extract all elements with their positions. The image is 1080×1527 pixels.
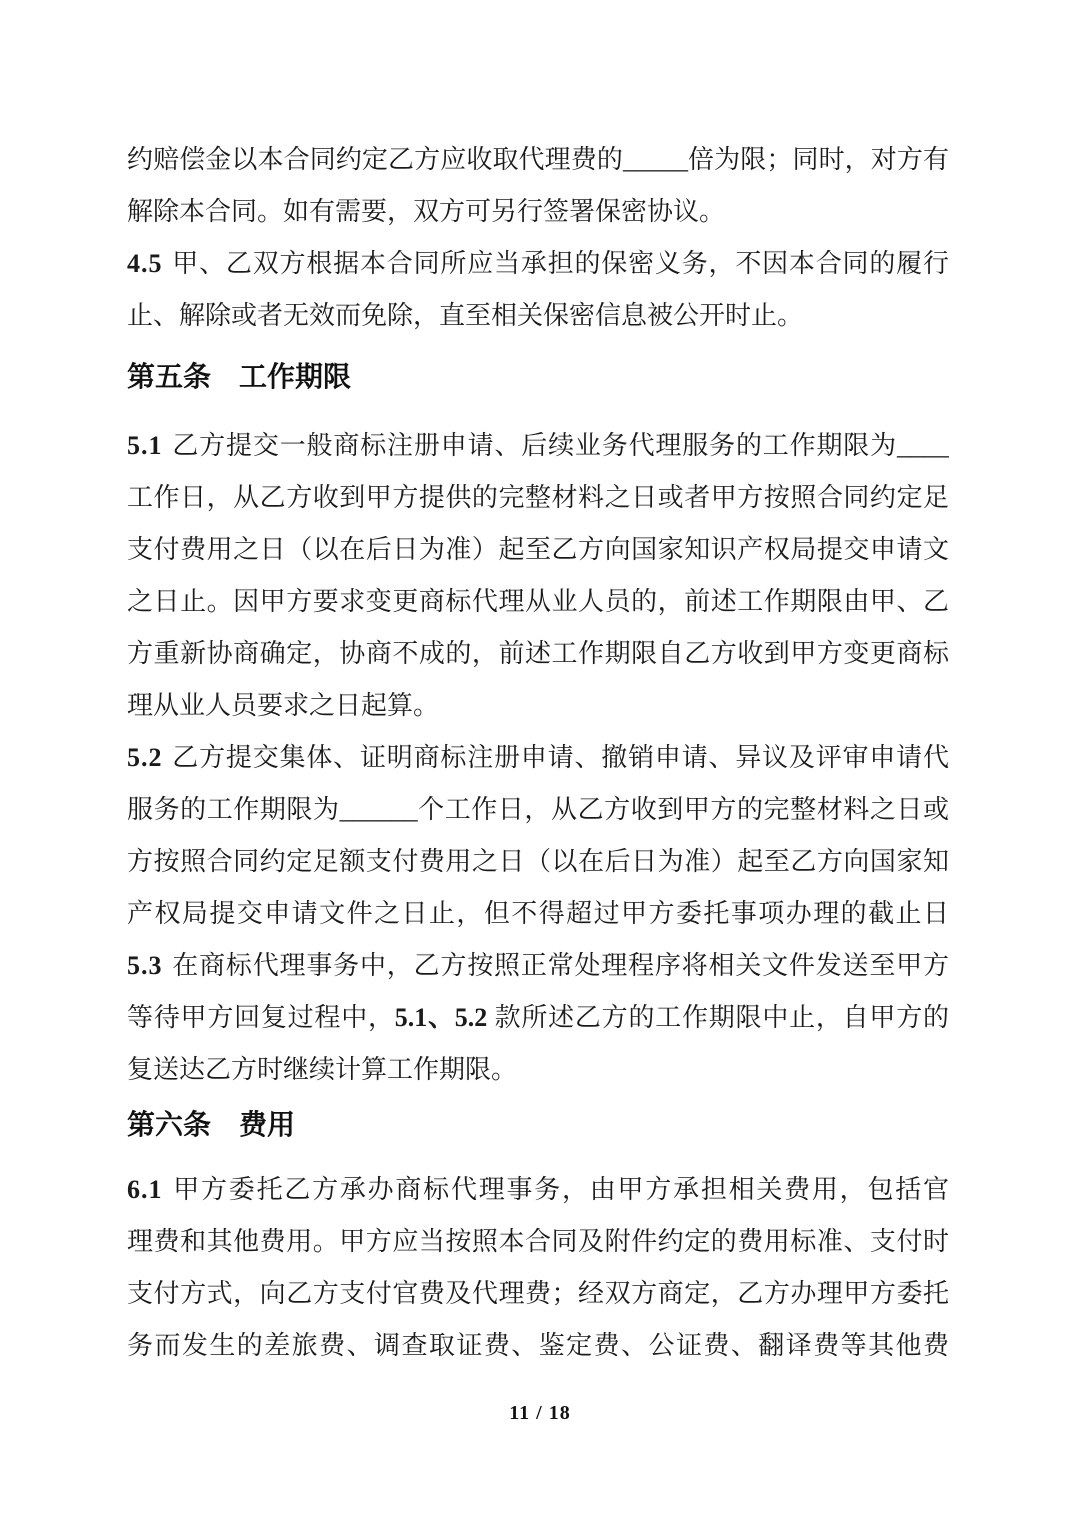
document-line: 方按照合同约定足额支付费用之日（以在后日为准）起至乙方向国家知识 [127,836,949,888]
section-heading: 第六条费用 [127,1100,949,1152]
document-line: 理从业人员要求之日起算。 [127,680,949,732]
document-line: 服务的工作期限为______个工作日，从乙方收到甲方的完整材料之日或者甲 [127,784,949,836]
line-text: 乙方提交一般商标注册申请、后续业务代理服务的工作期限为____ 个 [127,431,949,472]
line-text: 复送达乙方时继续计算工作期限。 [127,1055,517,1084]
document-line: 理费和其他费用。甲方应当按照本合同及附件约定的费用标准、支付时限、 [127,1216,949,1268]
line-text: 支付方式，向乙方支付官费及代理费；经双方商定，乙方办理甲方委托事 [127,1279,949,1320]
line-text: 约赔偿金以本合同约定乙方应收取代理费的_____倍为限；同时，对方有权 [127,145,949,186]
clause-number: 6.1 [127,1175,163,1204]
page-number: 11 / 18 [509,1402,570,1424]
document-line: 支付费用之日（以在后日为准）起至乙方向国家知识产权局提交申请文件 [127,524,949,576]
section-heading: 第五条工作期限 [127,352,949,404]
document-line: 工作日，从乙方收到甲方提供的完整材料之日或者甲方按照合同约定足额 [127,472,949,524]
line-text: 等待甲方回复过程中， [127,1003,395,1032]
inline-clause-reference: 5.1、5.2 [395,1003,488,1032]
section-number: 第六条 [127,1110,211,1141]
document-line: 5.2乙方提交集体、证明商标注册申请、撤销申请、异议及评审申请代理 [127,732,949,784]
document-line: 等待甲方回复过程中，5.1、5.2 款所述乙方的工作期限中止，自甲方的回 [127,992,949,1044]
document-line: 方重新协商确定，协商不成的，前述工作期限自乙方收到甲方变更商标代 [127,628,949,680]
document-line: 约赔偿金以本合同约定乙方应收取代理费的_____倍为限；同时，对方有权 [127,134,949,186]
line-text: 乙方提交集体、证明商标注册申请、撤销申请、异议及评审申请代理 [127,743,949,784]
document-line: 务而发生的差旅费、调查取证费、鉴定费、公证费、翻译费等其他费用， [127,1320,949,1372]
line-text: 在商标代理事务中，乙方按照正常处理程序将相关文件发送至甲方并 [127,951,949,992]
section-title: 工作期限 [239,362,351,393]
line-text: 理费和其他费用。甲方应当按照本合同及附件约定的费用标准、支付时限、 [127,1227,949,1268]
document-line: 4.5甲、乙双方根据本合同所应当承担的保密义务，不因本合同的履行终 [127,238,949,290]
line-text: 方按照合同约定足额支付费用之日（以在后日为准）起至乙方向国家知识 [127,847,949,888]
document-body: 约赔偿金以本合同约定乙方应收取代理费的_____倍为限；同时，对方有权 解除本合… [127,134,949,1372]
document-line: 6.1甲方委托乙方承办商标代理事务，由甲方承担相关费用，包括官费、代 [127,1164,949,1216]
line-text: 之日止。因甲方要求变更商标代理从业人员的，前述工作期限由甲、乙双 [127,587,949,628]
line-text: 务而发生的差旅费、调查取证费、鉴定费、公证费、翻译费等其他费用， [127,1331,949,1372]
document-line: 支付方式，向乙方支付官费及代理费；经双方商定，乙方办理甲方委托事 [127,1268,949,1320]
line-text: 服务的工作期限为______个工作日，从乙方收到甲方的完整材料之日或者甲 [127,795,949,836]
document-line: 止、解除或者无效而免除，直至相关保密信息被公开时止。 [127,290,949,342]
section-title: 费用 [239,1110,295,1141]
clause-number: 5.3 [127,951,163,980]
contract-page: 约赔偿金以本合同约定乙方应收取代理费的_____倍为限；同时，对方有权 解除本合… [0,0,1080,1527]
line-text: 理从业人员要求之日起算。 [127,691,439,720]
clause-number: 4.5 [127,249,163,278]
line-text: 甲、乙双方根据本合同所应当承担的保密义务，不因本合同的履行终 [127,249,949,290]
document-line: 解除本合同。如有需要，双方可另行签署保密协议。 [127,186,949,238]
line-text: 工作日，从乙方收到甲方提供的完整材料之日或者甲方按照合同约定足额 [127,483,949,524]
document-line: 复送达乙方时继续计算工作期限。 [127,1044,949,1096]
line-text: 支付费用之日（以在后日为准）起至乙方向国家知识产权局提交申请文件 [127,535,949,576]
line-text: 解除本合同。如有需要，双方可另行签署保密协议。 [127,197,725,226]
section-number: 第五条 [127,362,211,393]
document-line: 之日止。因甲方要求变更商标代理从业人员的，前述工作期限由甲、乙双 [127,576,949,628]
document-line: 产权局提交申请文件之日止，但不得超过甲方委托事项办理的截止日期。 [127,888,949,940]
document-line: 5.3在商标代理事务中，乙方按照正常处理程序将相关文件发送至甲方并 [127,940,949,992]
line-text: 甲方委托乙方承办商标代理事务，由甲方承担相关费用，包括官费、代 [127,1175,949,1216]
line-text: 方重新协商确定，协商不成的，前述工作期限自乙方收到甲方变更商标代 [127,639,949,680]
document-line: 5.1乙方提交一般商标注册申请、后续业务代理服务的工作期限为____ 个 [127,420,949,472]
page-footer: 11 / 18 [0,1399,1080,1429]
line-text: 产权局提交申请文件之日止，但不得超过甲方委托事项办理的截止日期。 [127,899,949,940]
line-text: 止、解除或者无效而免除，直至相关保密信息被公开时止。 [127,301,803,330]
clause-number: 5.2 [127,743,163,772]
clause-number: 5.1 [127,431,163,460]
